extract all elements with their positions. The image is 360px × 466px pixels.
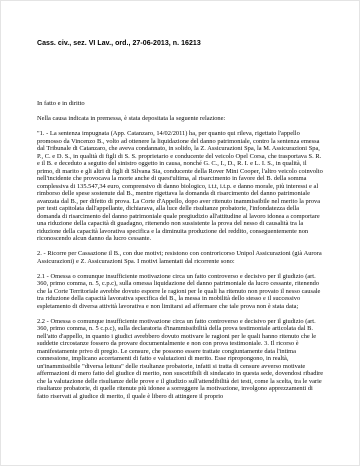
intro-paragraph: Nella causa indicata in premessa, è stat… <box>37 115 324 123</box>
section-heading: In fatto e in diritto <box>37 100 324 108</box>
document-title: Cass. civ., sez. VI Lav., ord., 27-06-20… <box>37 40 324 48</box>
document-page: Cass. civ., sez. VI Lav., ord., 27-06-20… <box>0 0 360 466</box>
paragraph-1: "1. - La sentenza impugnata (App. Catanz… <box>37 130 324 243</box>
paragraph-2-2: 2.2 - Omessa o comunque insufficiente mo… <box>37 318 324 401</box>
paragraph-2-1: 2.1 - Omessa o comunque insufficiente mo… <box>37 273 324 311</box>
paragraph-2: 2. - Ricorre per Cassazione il B., con d… <box>37 250 324 265</box>
